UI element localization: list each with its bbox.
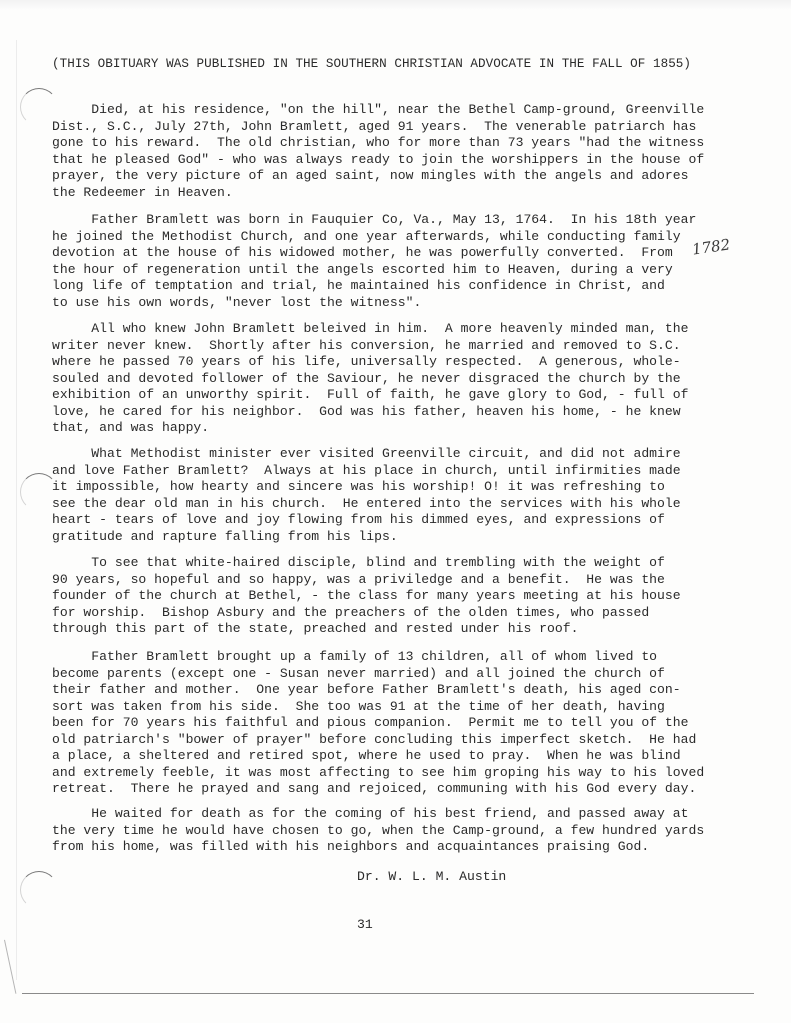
binder-hole-mark (20, 871, 58, 909)
scan-shadow (0, 0, 791, 10)
page-corner-edge (4, 940, 16, 994)
paragraph-worship: What Methodist minister ever visited Gre… (52, 446, 752, 545)
publication-note: (THIS OBITUARY WAS PUBLISHED IN THE SOUT… (52, 57, 691, 71)
author-signature: Dr. W. L. M. Austin (357, 869, 506, 884)
paragraph-death-notice: Died, at his residence, "on the hill", n… (52, 102, 752, 201)
paragraph-character: All who knew John Bramlett beleived in h… (52, 321, 752, 437)
paragraph-birth-conversion: Father Bramlett was born in Fauquier Co,… (52, 212, 752, 311)
page-margin-shadow (16, 40, 17, 980)
page-number: 31 (357, 917, 373, 932)
page-bottom-edge (22, 993, 754, 994)
document-page: (THIS OBITUARY WAS PUBLISHED IN THE SOUT… (0, 0, 791, 1023)
paragraph-family: Father Bramlett brought up a family of 1… (52, 649, 752, 798)
paragraph-passing: He waited for death as for the coming of… (52, 806, 752, 856)
paragraph-bethel-founder: To see that white-haired disciple, blind… (52, 555, 752, 638)
